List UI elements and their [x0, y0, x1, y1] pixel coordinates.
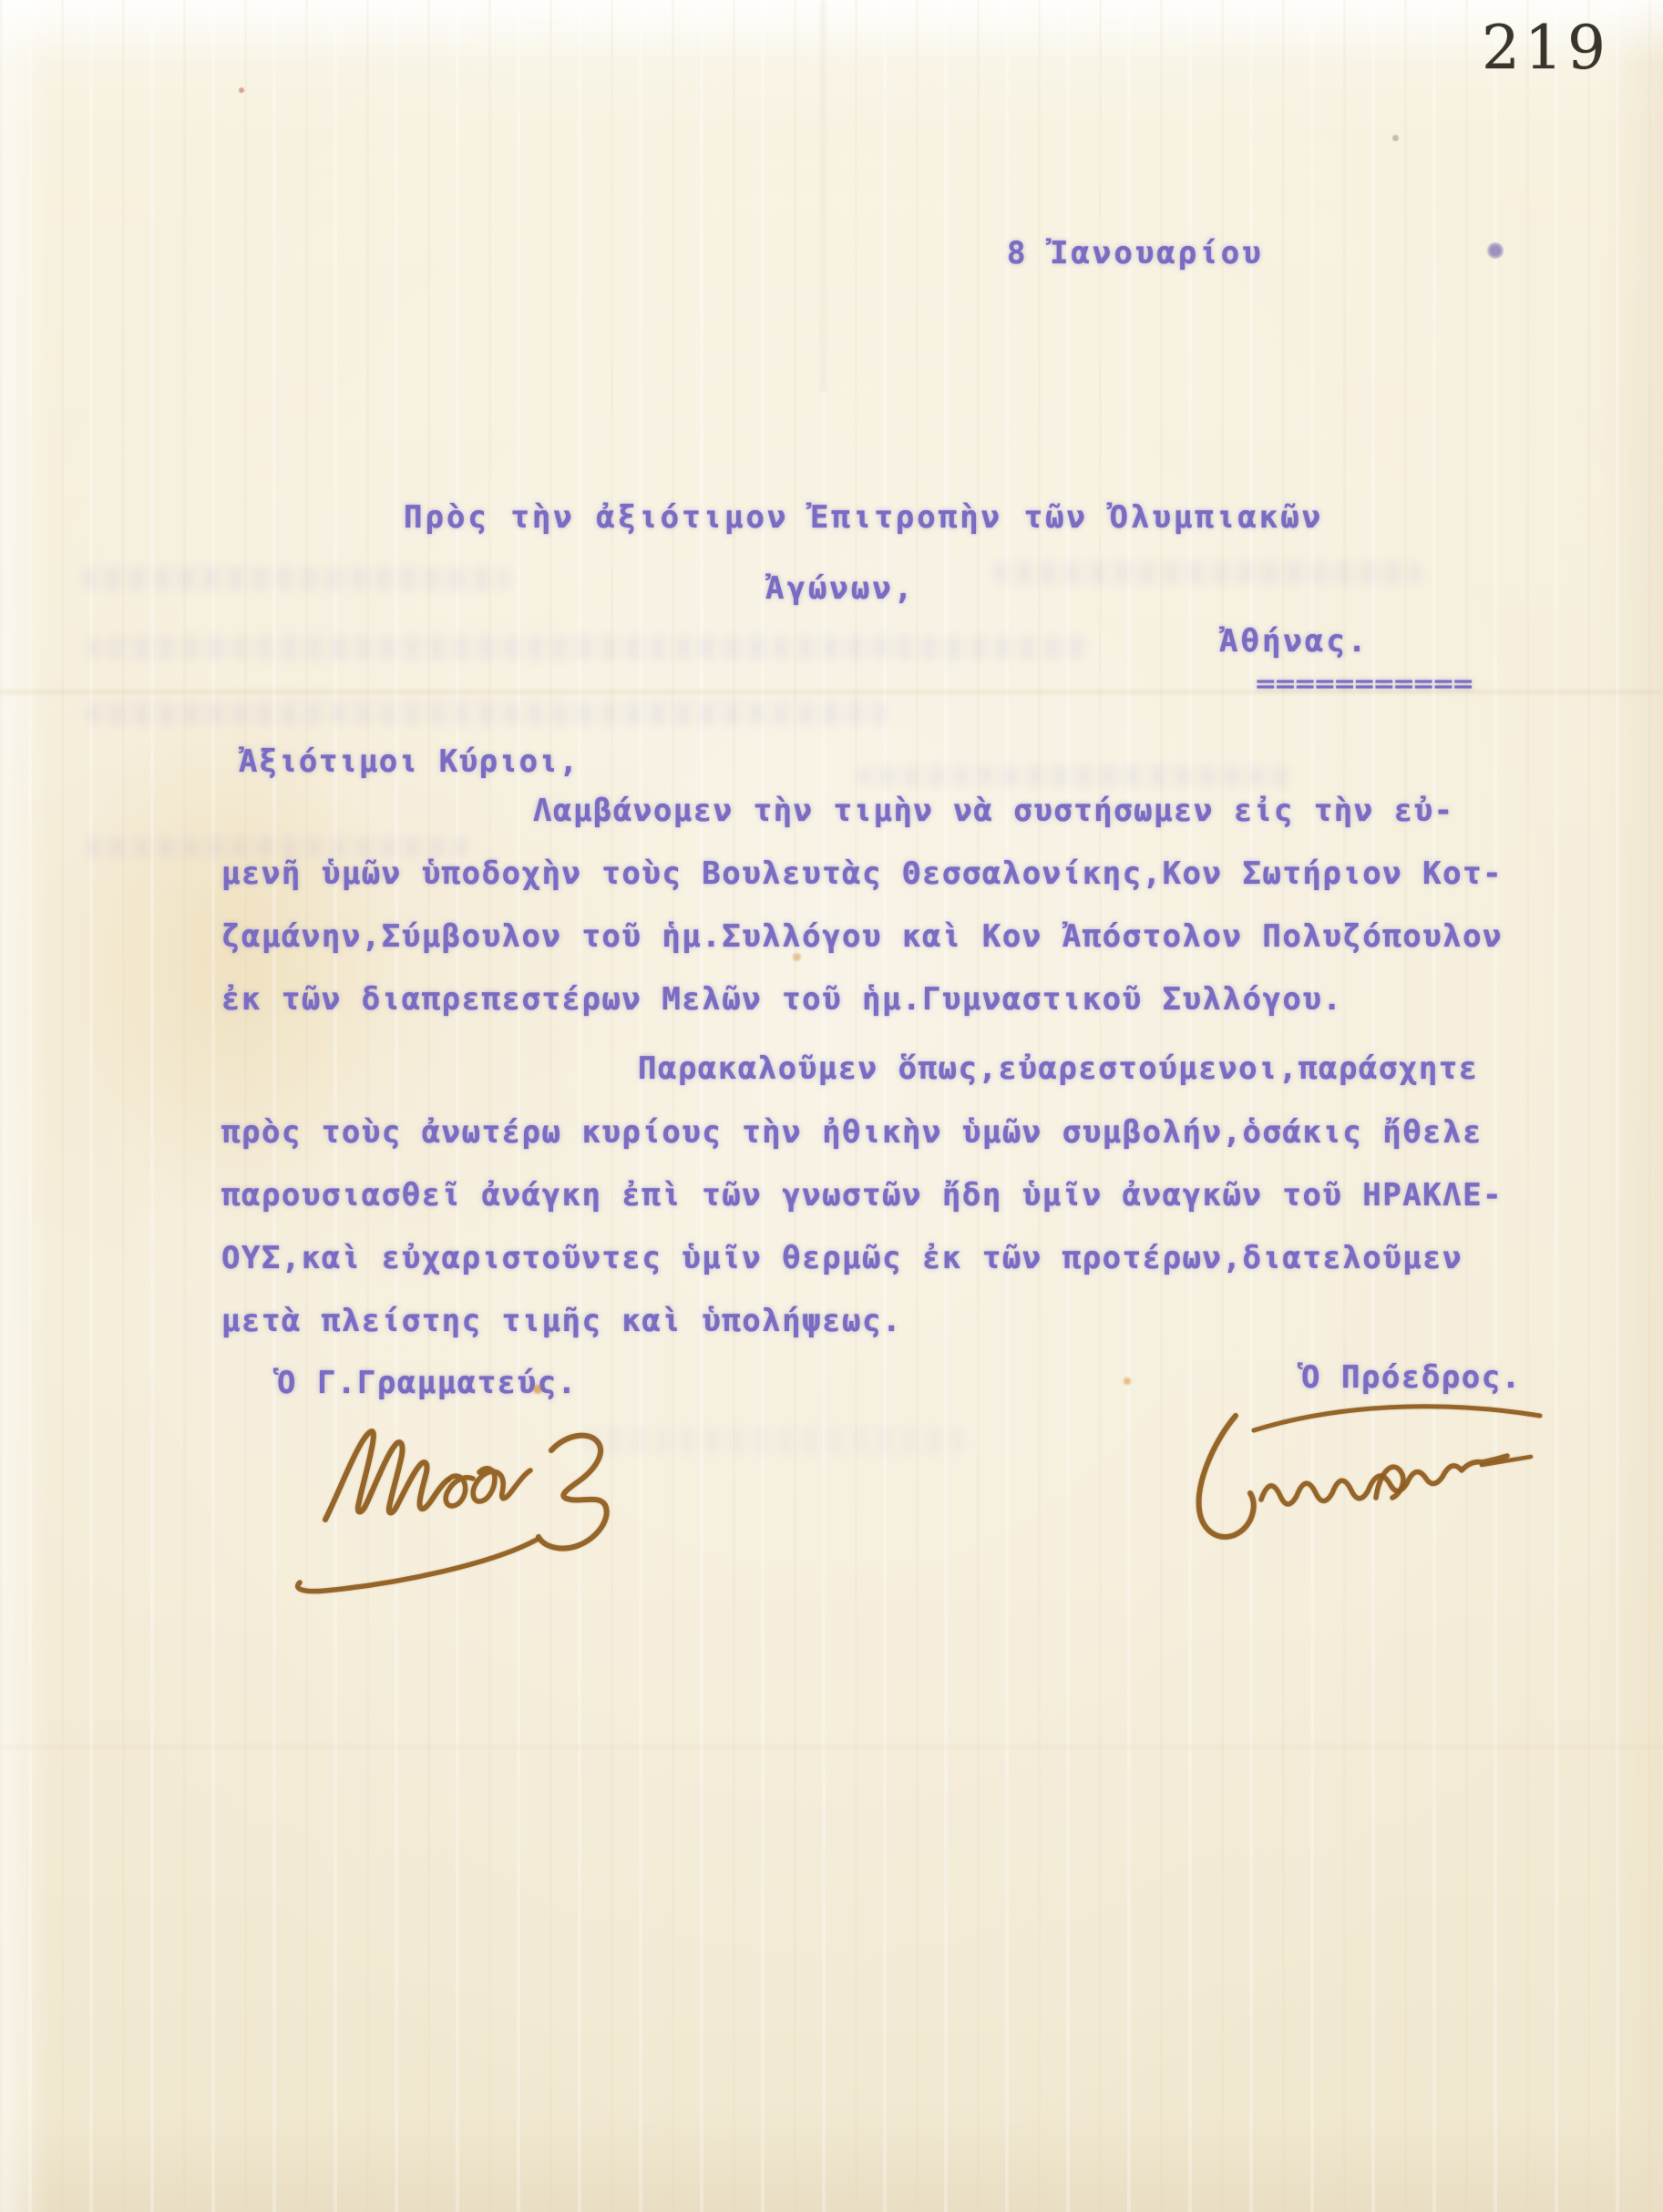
- body-line: πρὸς τοὺς ἀνωτέρω κυρίους τὴν ἠθικὴν ὑμῶ…: [221, 1114, 1483, 1151]
- paper-speck: [1392, 135, 1399, 141]
- ink-blot: [1487, 242, 1504, 259]
- bleedthrough-ghost-text: [87, 701, 888, 725]
- horizontal-fold-crease: [0, 1746, 1663, 1748]
- bleedthrough-ghost-text: [87, 636, 1089, 660]
- archive-page-number: 219: [1482, 13, 1610, 83]
- recipient-line-1: Πρὸς τὴν ἀξιότιμον Ἐπιτροπὴν τῶν Ὀλυμπια…: [404, 499, 1323, 536]
- bleedthrough-ghost-text: [82, 567, 510, 590]
- paper-speck: [239, 87, 244, 93]
- salutation: Ἀξιότιμοι Κύριοι,: [239, 743, 580, 780]
- recipient-city-underline: ===========: [1256, 671, 1473, 698]
- paper-speck: [1124, 1377, 1131, 1385]
- letter-scan-page: 219 8 Ἰανουαρίου Πρὸς τὴν ἀξιότιμον Ἐπιτ…: [0, 0, 1663, 2212]
- paper-speck: [793, 953, 801, 961]
- vertical-fold-crease: [822, 0, 825, 392]
- body-line: ΟΥΣ,καὶ εὐχαριστοῦντες ὑμῖν θερμῶς ἐκ τῶ…: [221, 1240, 1463, 1276]
- secretary-label: Ὁ Γ.Γραμματεύς.: [277, 1365, 578, 1401]
- body-line: μετὰ πλείστης τιμῆς καὶ ὑπολήψεως.: [221, 1303, 902, 1339]
- recipient-line-2: Ἀγώνων,: [765, 570, 915, 607]
- recipient-city: Ἀθήνας.: [1219, 623, 1369, 660]
- body-line: ζαμάνην,Σύμβουλον τοῦ ἡμ.Συλλόγου καὶ Κο…: [221, 918, 1503, 955]
- body-line: μενῆ ὑμῶν ὑποδοχὴν τοὺς Βουλευτὰς Θεσσαλ…: [221, 855, 1503, 892]
- bleedthrough-ghost-text: [993, 561, 1422, 585]
- body-line: ἐκ τῶν διαπρεπεστέρων Μελῶν τοῦ ἡμ.Γυμνα…: [221, 981, 1342, 1018]
- body-line: Λαμβάνομεν τὴν τιμὴν νὰ συστήσωμεν εἰς τ…: [533, 793, 1454, 829]
- president-signature: [1119, 1390, 1556, 1568]
- date-line: 8 Ἰανουαρίου: [1007, 235, 1264, 271]
- secretary-signature: [278, 1403, 715, 1599]
- body-line: Παρακαλοῦμεν ὅπως,εὐαρεστούμενοι,παράσχη…: [638, 1050, 1479, 1087]
- bleedthrough-ghost-text: [857, 765, 1294, 787]
- body-line: παρουσιασθεῖ ἀνάγκη ἐπὶ τῶν γνωστῶν ἤδη …: [221, 1177, 1503, 1214]
- paper-speck: [533, 1385, 542, 1394]
